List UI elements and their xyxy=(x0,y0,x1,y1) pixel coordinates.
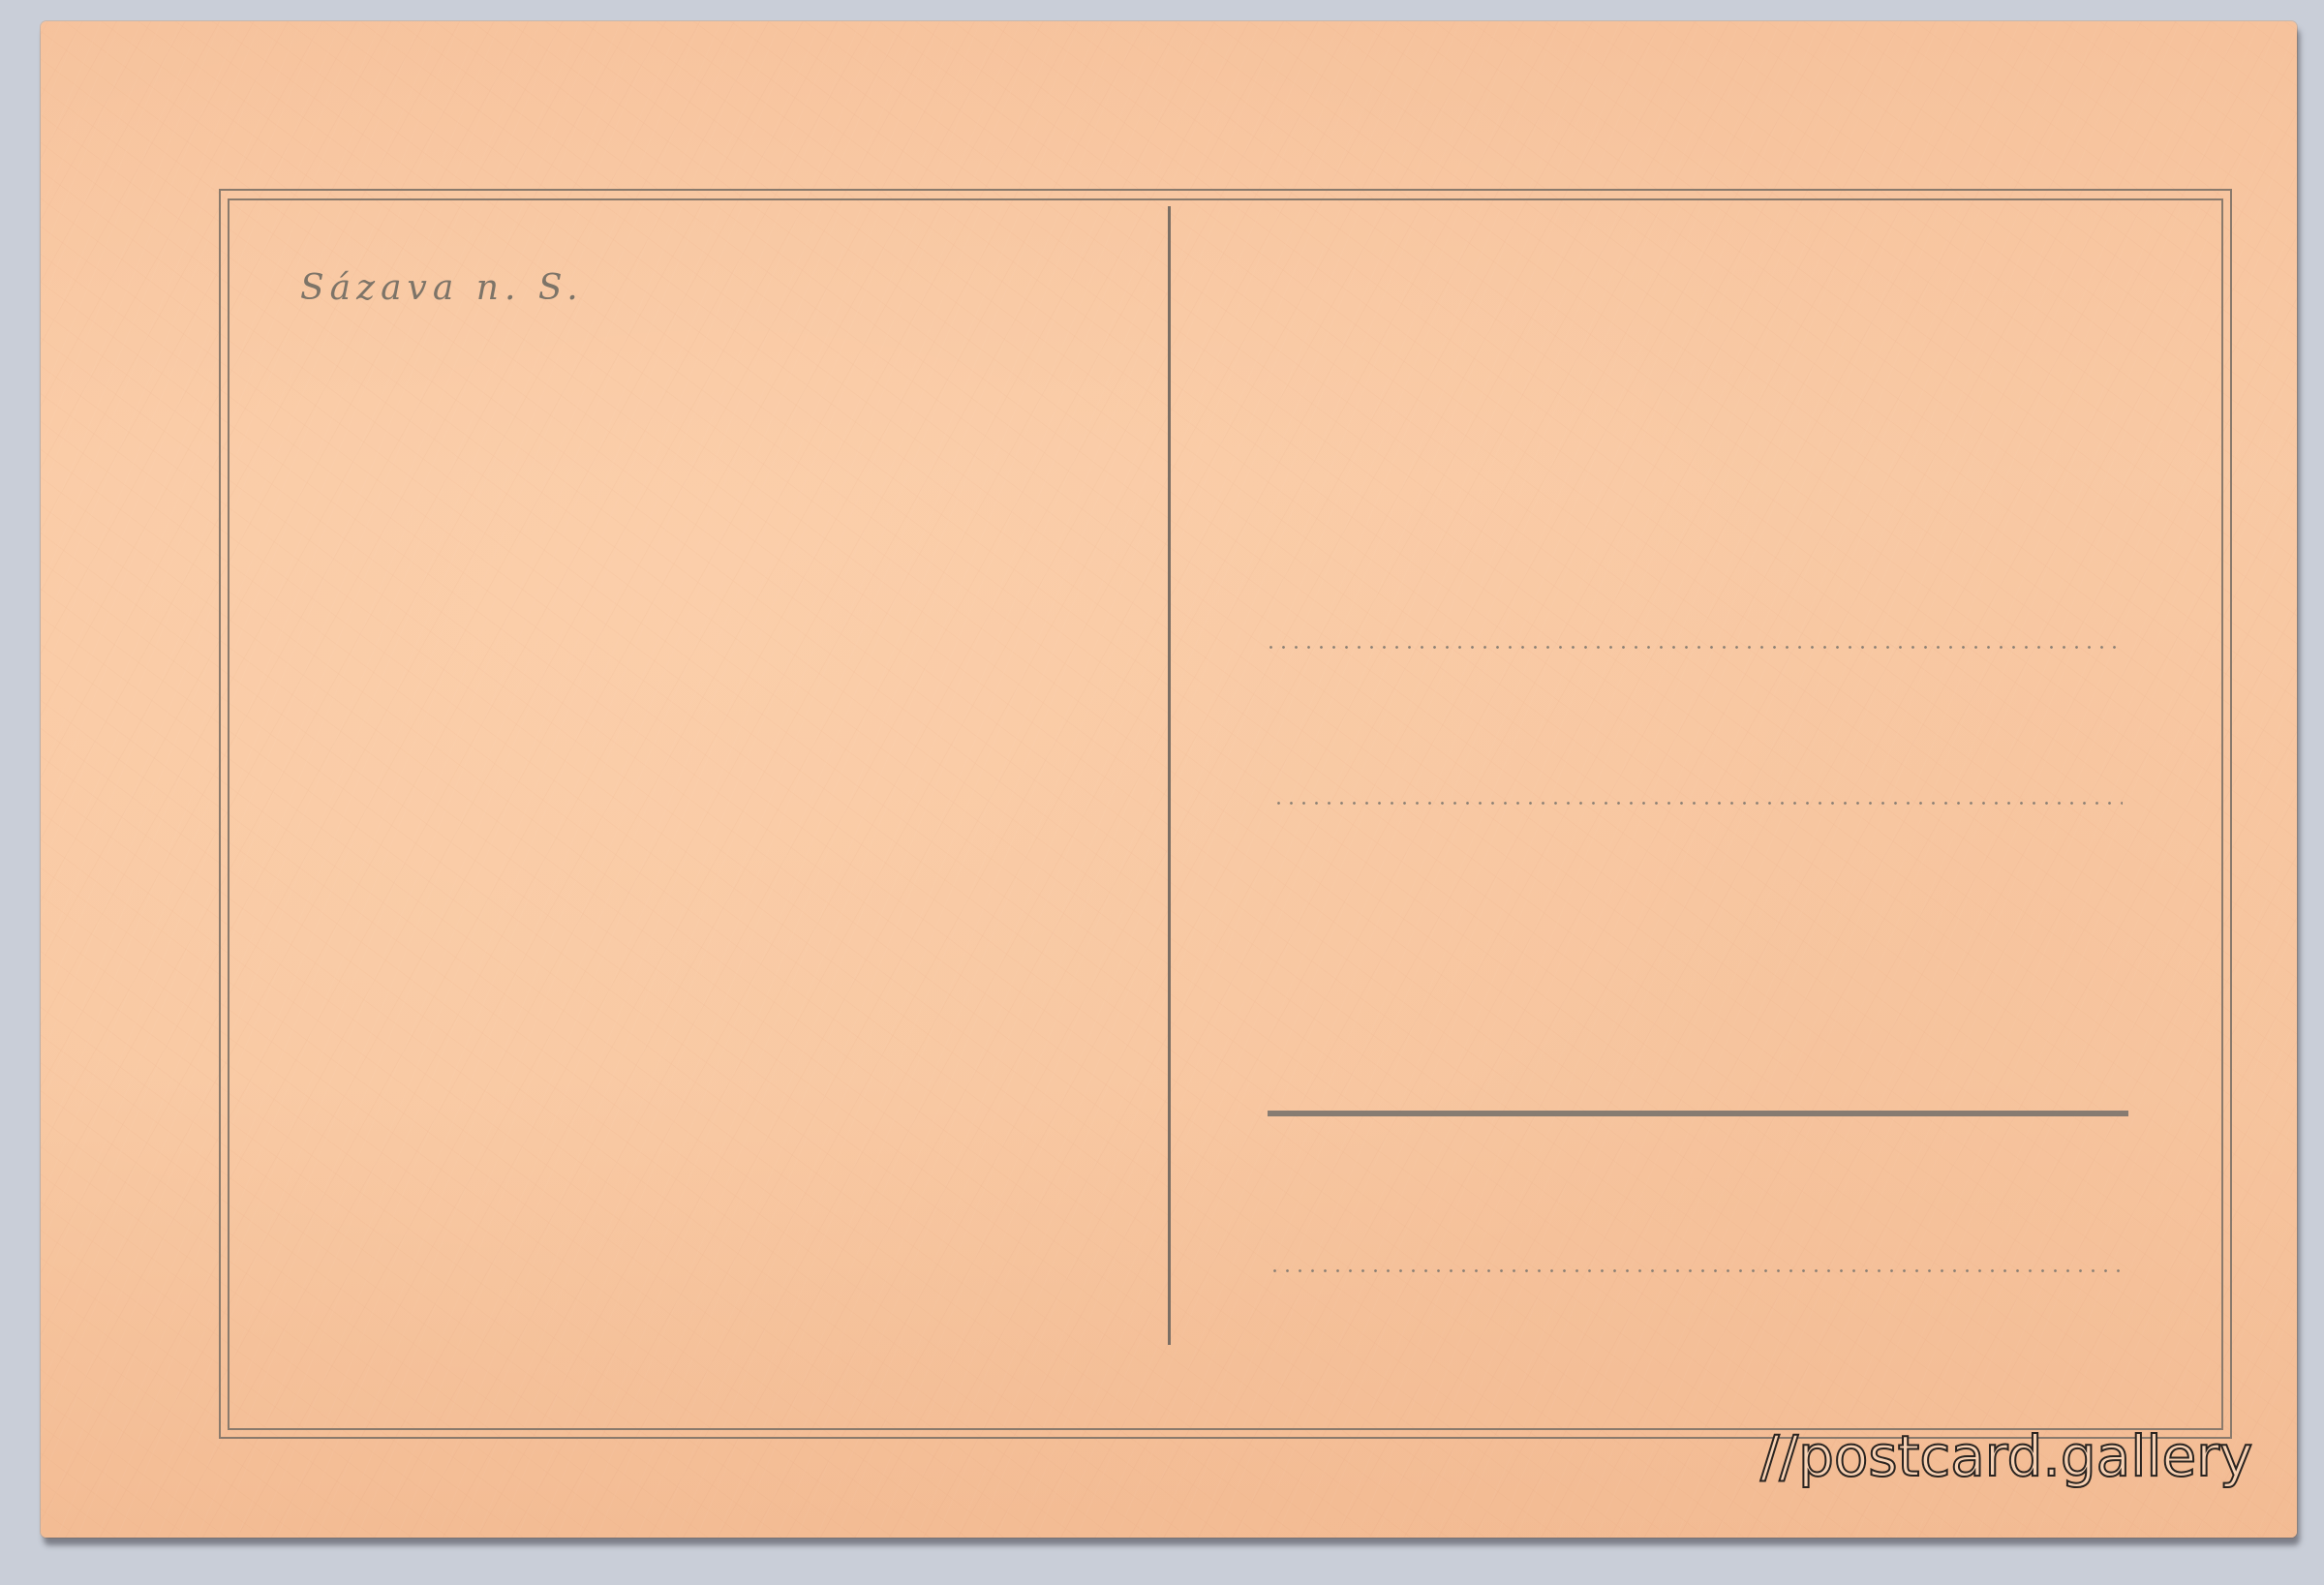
address-dotted-line-3 xyxy=(1269,1269,2123,1272)
inner-frame-border xyxy=(228,198,2223,1430)
place-name-caption: Sázava n. S. xyxy=(300,268,584,308)
address-solid-line xyxy=(1268,1111,2128,1116)
watermark-text: //postcard.gallery xyxy=(1760,1423,2252,1489)
address-dotted-line-1 xyxy=(1265,646,2122,649)
postcard-back: Sázava n. S. xyxy=(41,21,2297,1538)
message-address-divider xyxy=(1168,206,1171,1345)
address-dotted-line-2 xyxy=(1272,802,2123,805)
